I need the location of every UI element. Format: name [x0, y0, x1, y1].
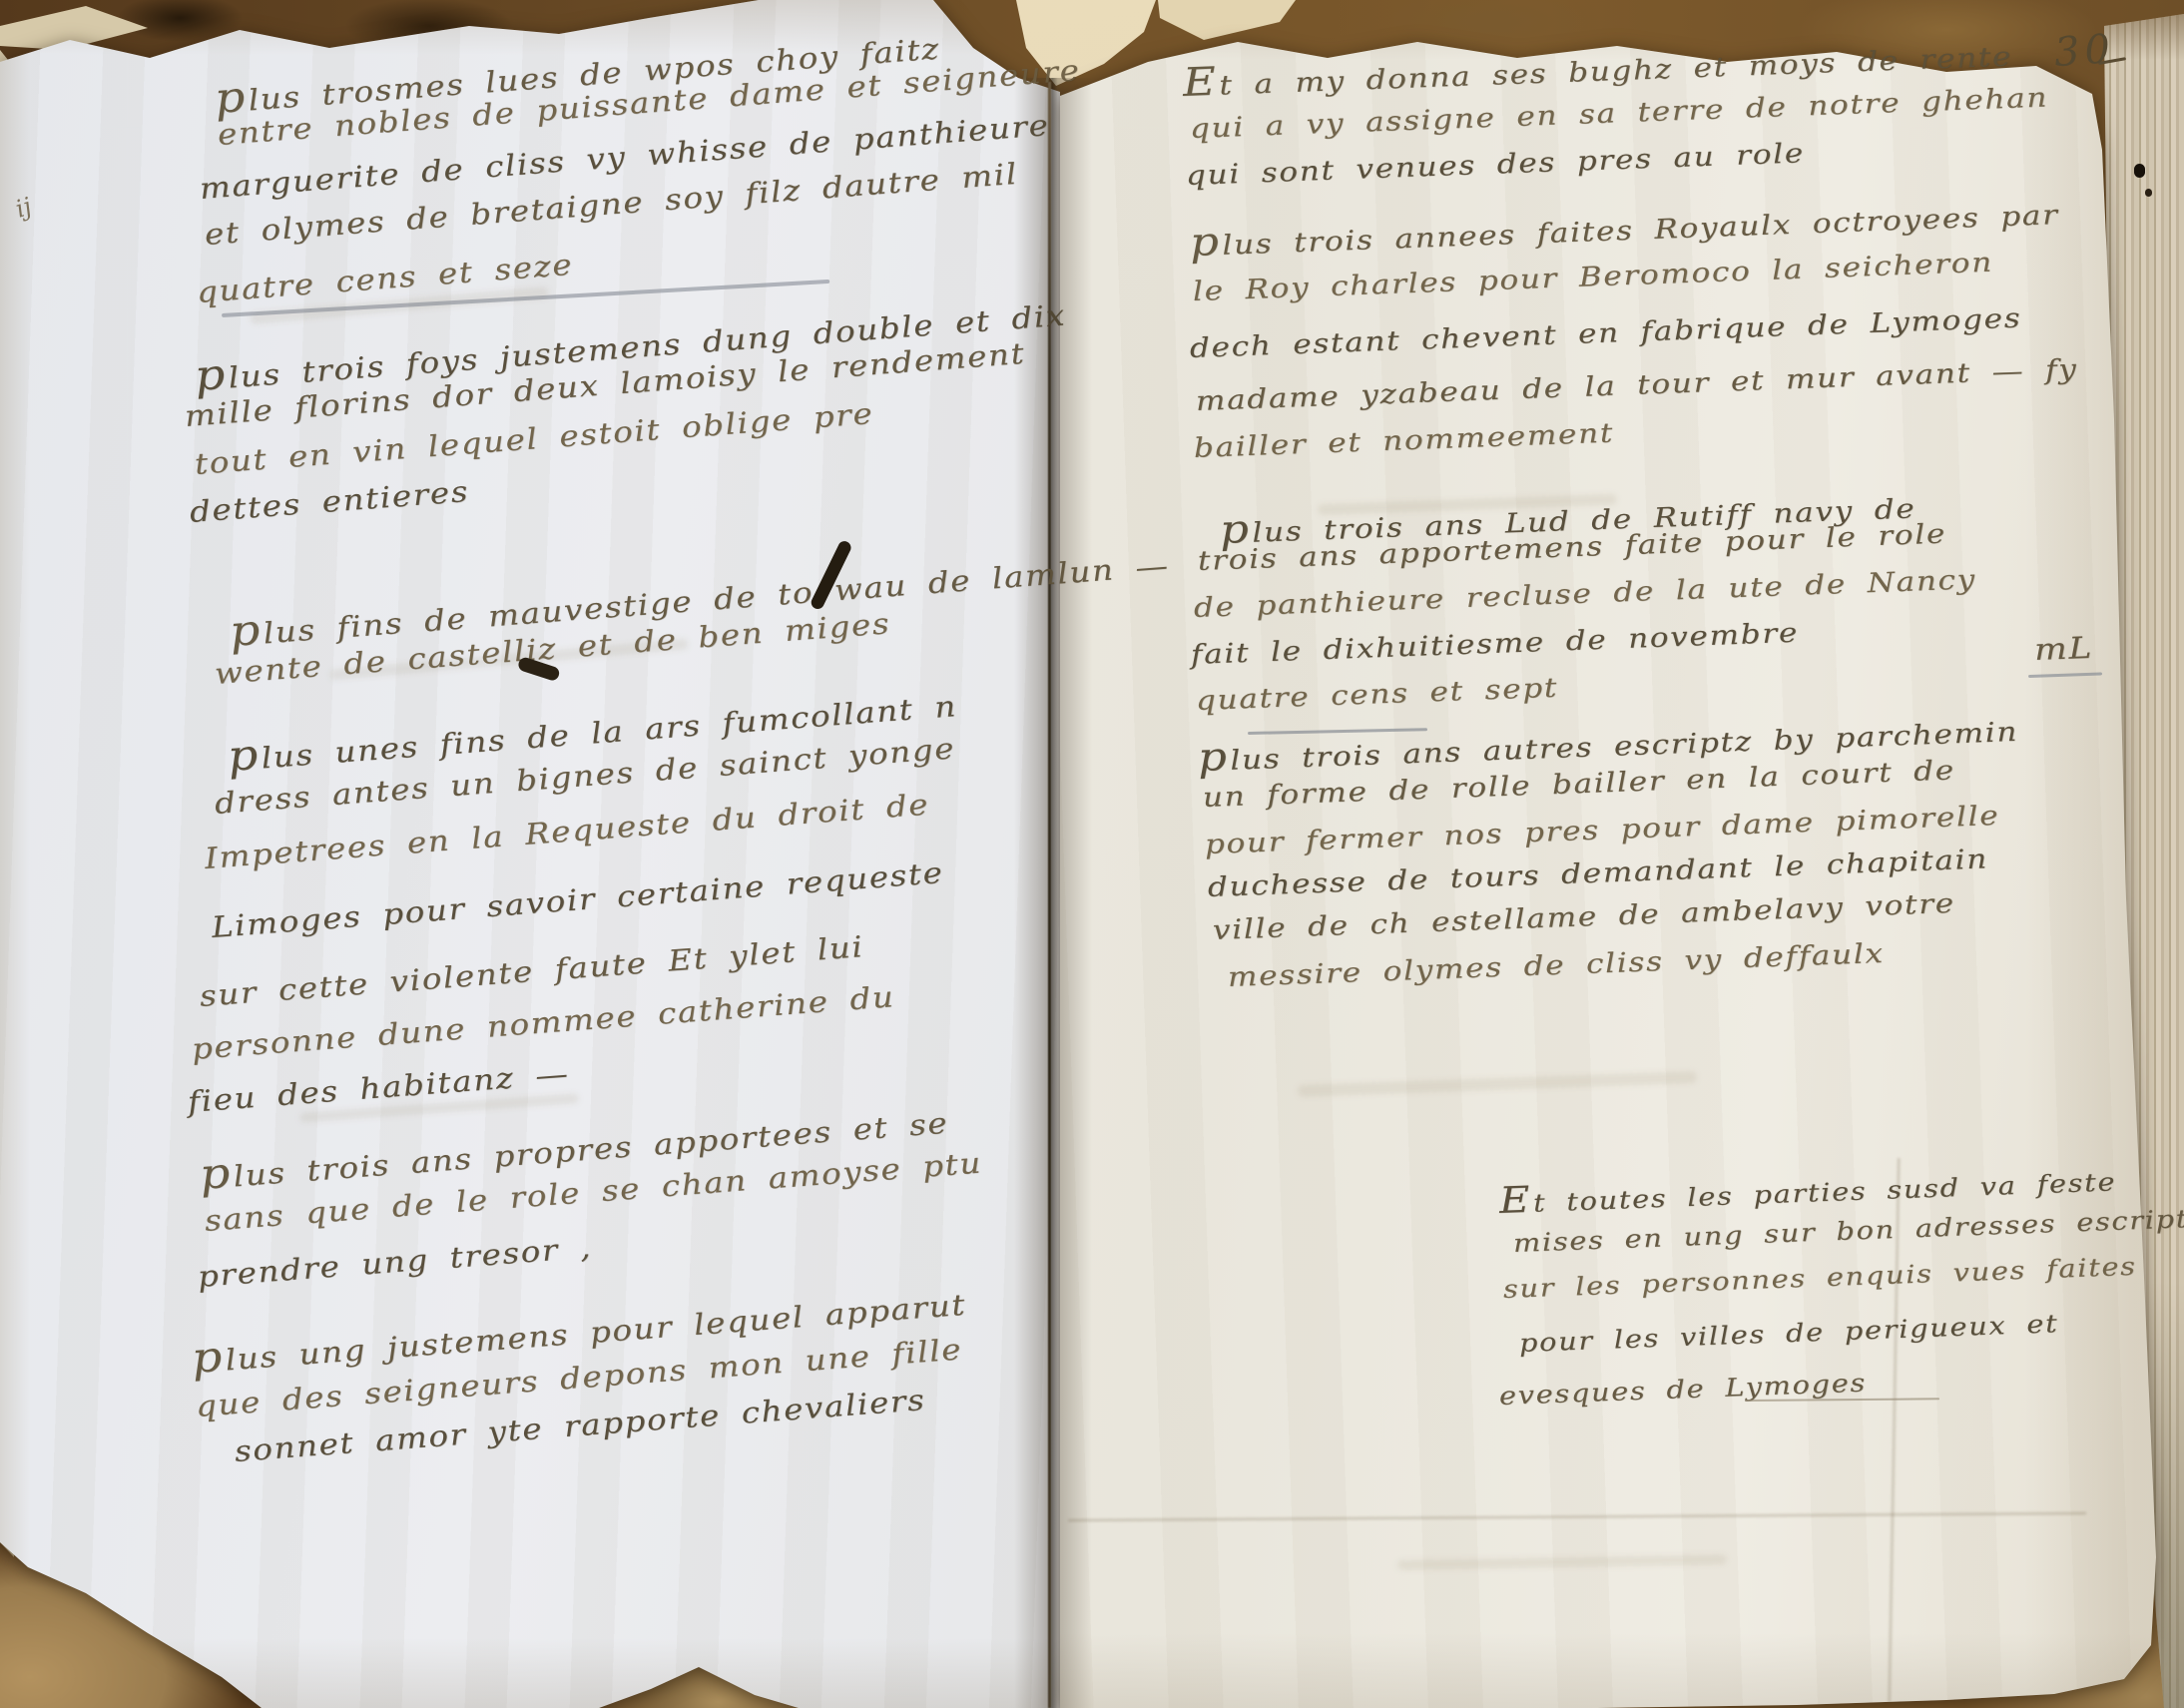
manuscript-photo: plus trosmes lues de wpos choy faitzentr… — [0, 0, 2184, 1708]
ink-spot-1 — [2134, 164, 2145, 178]
right-page-line: mL — [2033, 631, 2093, 668]
folio-number: 30 — [2052, 26, 2116, 76]
ink-spot-2 — [2145, 189, 2152, 197]
